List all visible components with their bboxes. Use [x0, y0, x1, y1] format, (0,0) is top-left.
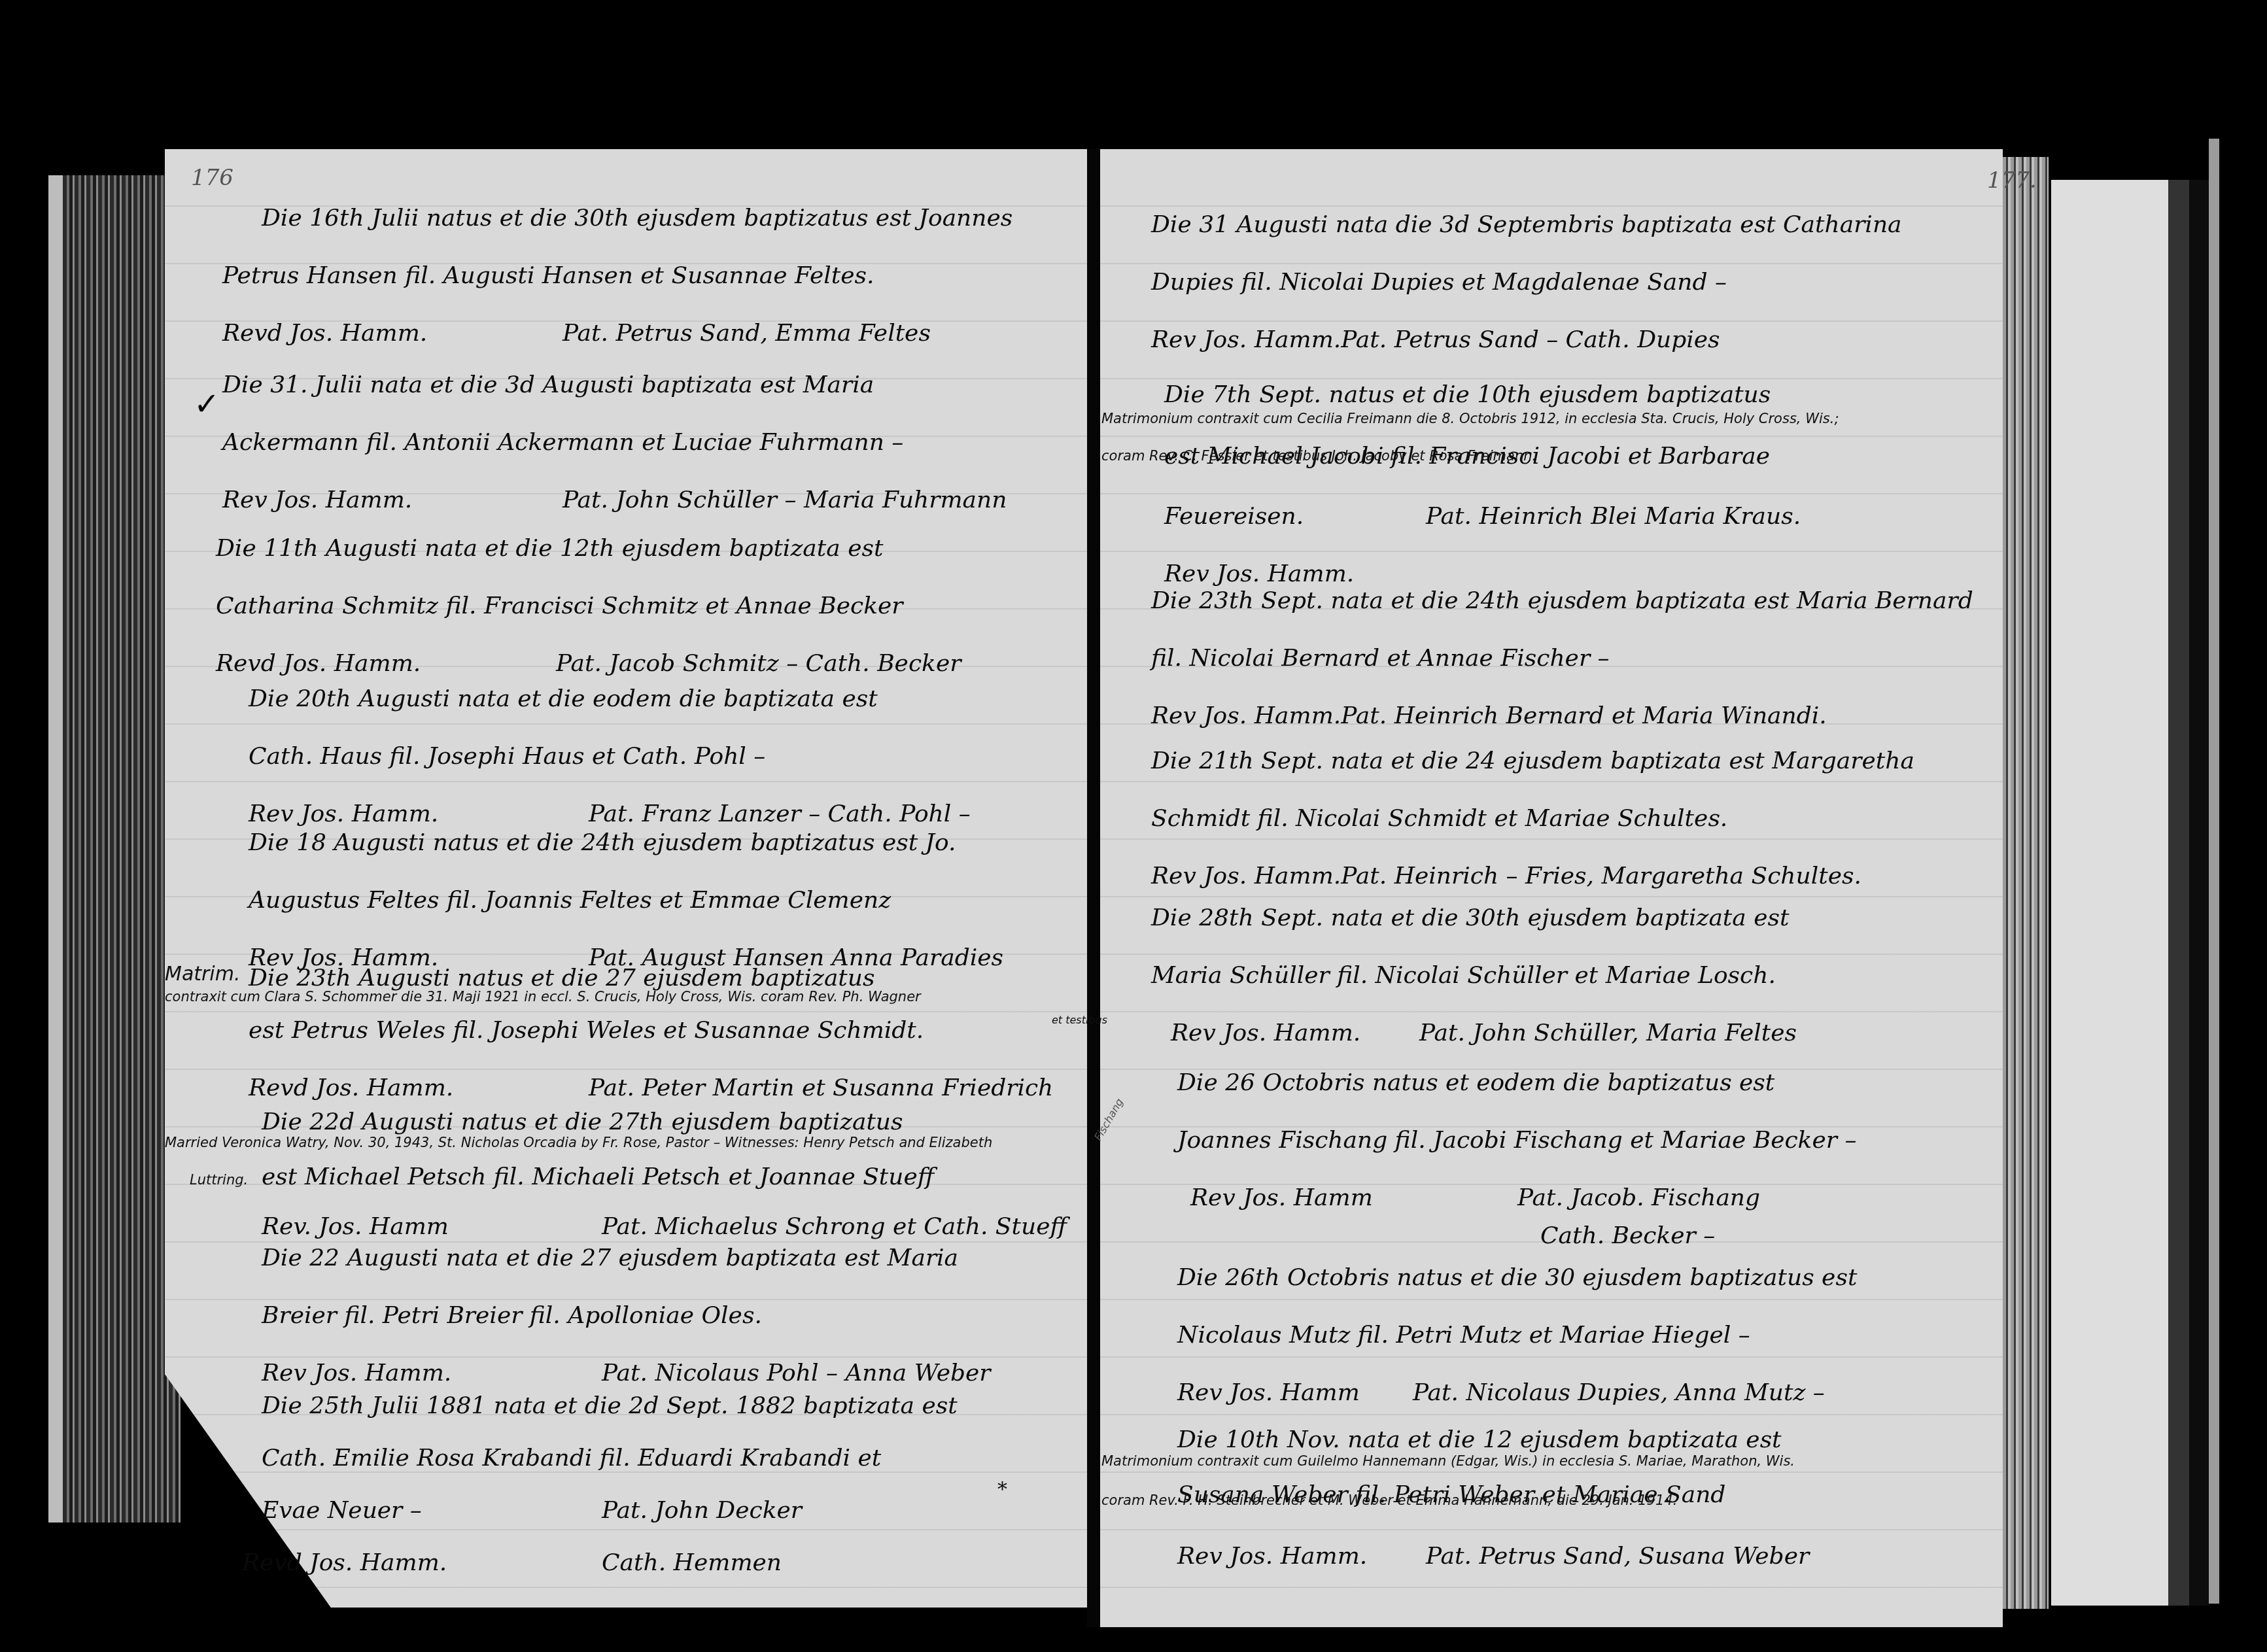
marriage-annotation: coram Rev. F. H. Steinbrecher et M. Webe…: [1101, 1492, 1677, 1508]
marriage-annotation-tail: Luttring.: [190, 1172, 248, 1188]
baptism-entry: Die 31 Augusti nata die 3d Septembris ba…: [1151, 196, 1902, 369]
entry-line: Joannes Fischang fil. Jacobi Fischang et…: [1177, 1112, 1856, 1169]
check-mark-icon: ✓: [194, 386, 220, 422]
baptism-entry: Die 23th Sept. nata et die 24th ejusdem …: [1151, 572, 1973, 745]
entry-line: Breier fil. Petri Breier fil. Apolloniae…: [262, 1287, 991, 1345]
insert-black-band: [2189, 180, 2209, 1606]
baptism-entry: Die 11th Augusti nata et die 12th ejusde…: [216, 520, 961, 693]
baptism-entry: Die 25th Julii 1881 nata et die 2d Sept.…: [262, 1380, 958, 1589]
officiant: Revd Jos. Hamm.: [222, 305, 562, 362]
entry-line: Catharina Schmitz fil. Francisci Schmitz…: [216, 577, 961, 635]
baptism-entry: Die 21th Sept. nata et die 24 ejusdem ba…: [1151, 732, 1914, 905]
marriage-annotation: Matrimonium contraxit cum Guilelmo Hanne…: [1101, 1453, 1795, 1469]
sponsors: Pat. Petrus Sand, Susana Weber: [1426, 1543, 1809, 1570]
officiant: Revd Jos. Hamm.: [242, 1537, 602, 1589]
book-page-edges-left: [48, 175, 181, 1523]
entry-line: Cath. Emilie Rosa Krabandi fil. Eduardi …: [262, 1432, 958, 1485]
inserted-paper-sheet: [2051, 180, 2169, 1606]
sponsors: Pat. Heinrich – Fries, Margaretha Schult…: [1341, 863, 1861, 889]
officiant: Rev Jos. Hamm.: [1177, 1529, 1426, 1584]
sponsors: Pat. Nicolaus Dupies, Anna Mutz –: [1413, 1379, 1825, 1406]
baptism-entry: Die 26th Octobris natus et die 30 ejusde…: [1177, 1249, 1857, 1422]
entry-line: Die 16th Julii natus et die 30th ejusdem…: [262, 190, 1012, 247]
marriage-annotation: Matrimonium contraxit cum Cecilia Freima…: [1101, 411, 1839, 426]
entry-line: Maria Schüller fil. Nicolai Schüller et …: [1151, 947, 1797, 1005]
entry-line: Die 23th Sept. nata et die 24th ejusdem …: [1151, 572, 1973, 630]
entry-line: Die 28th Sept. nata et die 30th ejusdem …: [1151, 889, 1797, 947]
entry-line: Petrus Hansen fil. Augusti Hansen et Sus…: [222, 247, 1012, 305]
marriage-annotation-tail: et testibus: [1052, 1012, 1107, 1028]
baptism-entry: Die 28th Sept. nata et die 30th ejusdem …: [1151, 889, 1797, 1062]
entry-line: Die 25th Julii 1881 nata et die 2d Sept.…: [262, 1380, 958, 1432]
sponsors: Pat. John Schüller – Maria Fuhrmann: [562, 487, 1007, 513]
entry-line: Schmidt fil. Nicolai Schmidt et Mariae S…: [1151, 790, 1914, 848]
page-number-right: 177.: [1987, 167, 2037, 194]
sponsors: Pat. John Schüller, Maria Feltes: [1419, 1020, 1797, 1046]
entry-line: est Michael Petsch fil. Michaeli Petsch …: [262, 1148, 1067, 1206]
entry-line: Ackermann fil. Antonii Ackermann et Luci…: [222, 414, 1007, 472]
entry-line: Die 20th Augusti nata et die eodem die b…: [249, 670, 971, 728]
entry-line: Augustus Feltes fil. Joannis Feltes et E…: [249, 872, 1003, 929]
page-number-left: 176: [191, 165, 234, 191]
asterisk-mark-icon: *: [997, 1478, 1007, 1501]
marriage-annotation: coram Rev. C. Fessler et testibus Joh. J…: [1101, 448, 1536, 464]
officiant: Rev Jos. Hamm: [1190, 1169, 1517, 1227]
entry-line: est Petrus Weles fil. Josephi Weles et S…: [249, 1002, 1053, 1059]
officiant: Rev Jos. Hamm.: [1171, 1005, 1419, 1062]
sponsors: Pat. Petrus Sand – Cath. Dupies: [1341, 326, 1720, 353]
sponsors: Pat. John Decker: [602, 1497, 802, 1524]
entry-line: Die 26 Octobris natus et eodem die bapti…: [1177, 1054, 1856, 1112]
baptism-entry: Die 16th Julii natus et die 30th ejusdem…: [262, 190, 1012, 362]
officiant: Rev Jos. Hamm.: [1151, 311, 1341, 369]
entry-line: Die 26th Octobris natus et die 30 ejusde…: [1177, 1249, 1857, 1307]
entry-line: Die 22 Augusti nata et die 27 ejusdem ba…: [262, 1230, 991, 1287]
baptism-entry: Die 31. Julii nata et die 3d Augusti bap…: [222, 356, 1007, 529]
entry-line: Cath. Haus fil. Josephi Haus et Cath. Po…: [249, 728, 971, 785]
margin-label: Matrim.: [165, 967, 240, 982]
insert-dark-band: [2168, 180, 2189, 1606]
sponsors: Pat. Petrus Sand, Emma Feltes: [562, 320, 931, 347]
sponsors: Pat. Heinrich Blei Maria Kraus.: [1426, 503, 1801, 530]
sponsors-second: Cath. Hemmen: [602, 1549, 782, 1576]
marriage-annotation: contraxit cum Clara S. Schommer die 31. …: [165, 989, 921, 1005]
entry-line: Feuereisen.: [1164, 488, 1426, 545]
entry-line: Die 31 Augusti nata die 3d Septembris ba…: [1151, 196, 1902, 254]
entry-line: Dupies fil. Nicolai Dupies et Magdalenae…: [1151, 254, 1902, 311]
baptism-entry: Die 26 Octobris natus et eodem die bapti…: [1177, 1054, 1856, 1265]
sponsors: Pat. Heinrich Bernard et Maria Winandi.: [1341, 702, 1827, 729]
baptism-entry: Die 23th Augusti natus et die 27 ejusdem…: [249, 950, 1053, 1117]
entry-line: Die 21th Sept. nata et die 24 ejusdem ba…: [1151, 732, 1914, 790]
book-page-edges-right: [2003, 157, 2049, 1609]
entry-line: Evae Neuer –: [262, 1485, 602, 1537]
baptism-entry: Die 7th Sept. natus et die 10th ejusdem …: [1164, 366, 1801, 603]
insert-edge: [2209, 139, 2219, 1604]
baptism-entry: Die 22 Augusti nata et die 27 ejusdem ba…: [262, 1230, 991, 1402]
entry-line: fil. Nicolai Bernard et Annae Fischer –: [1151, 630, 1973, 687]
book-gutter: [1087, 149, 1100, 1627]
entry-line: Die 11th Augusti nata et die 12th ejusde…: [216, 520, 961, 577]
entry-line: Die 31. Julii nata et die 3d Augusti bap…: [222, 356, 1007, 414]
marriage-annotation: Married Veronica Watry, Nov. 30, 1943, S…: [165, 1135, 992, 1150]
entry-line: Die 18 Augusti natus et die 24th ejusdem…: [249, 814, 1003, 872]
entry-line: Nicolaus Mutz fil. Petri Mutz et Mariae …: [1177, 1307, 1857, 1364]
